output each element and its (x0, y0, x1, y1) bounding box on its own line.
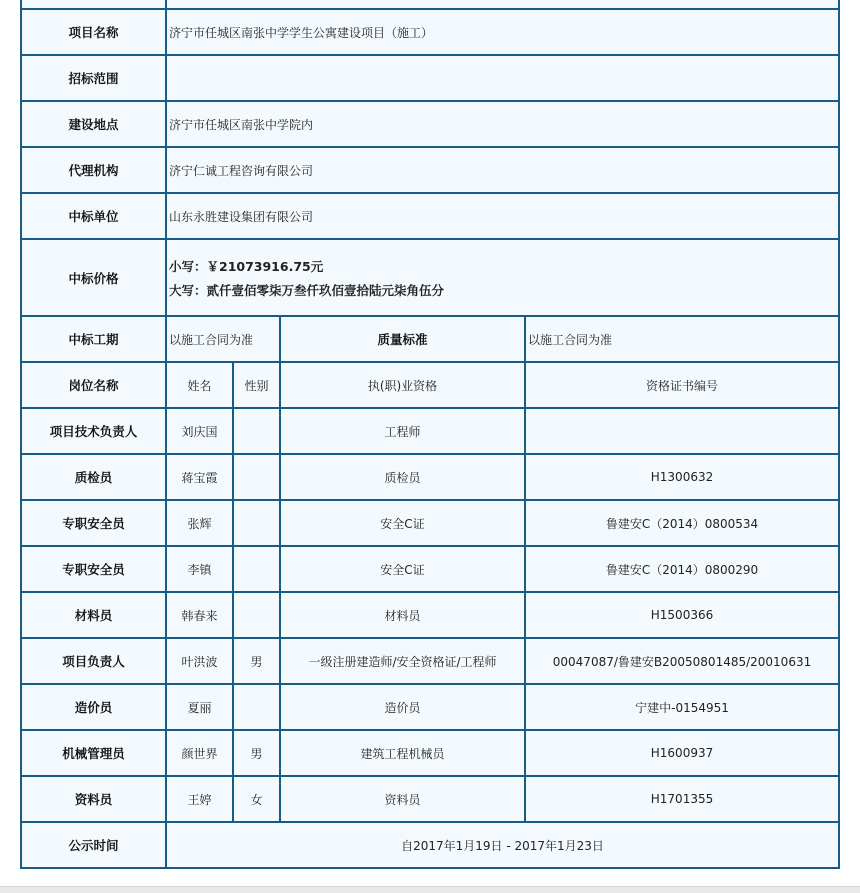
staff-gender: 男 (233, 638, 280, 684)
staff-position: 机械管理员 (21, 730, 166, 776)
label-project-name: 项目名称 (21, 9, 166, 55)
table-row-top-partial (21, 0, 839, 9)
header-position: 岗位名称 (21, 362, 166, 408)
value-agency: 济宁仁诚工程咨询有限公司 (166, 147, 839, 193)
value-period: 以施工合同为准 (166, 316, 280, 362)
staff-position: 资料员 (21, 776, 166, 822)
staff-qualification: 一级注册建造师/安全资格证/工程师 (280, 638, 525, 684)
staff-position: 材料员 (21, 592, 166, 638)
price-large: 大写：贰仟壹佰零柒万叁仟玖佰壹拾陆元柒角伍分 (169, 281, 836, 299)
staff-name: 蒋宝霞 (166, 454, 233, 500)
value-location: 济宁市任城区南张中学院内 (166, 101, 839, 147)
staff-cert-no: H1300632 (525, 454, 839, 500)
staff-row: 材料员 韩春来 材料员 H1500366 (21, 592, 839, 638)
value-project-name: 济宁市任城区南张中学学生公寓建设项目（施工） (166, 9, 839, 55)
staff-row: 专职安全员 李镇 安全C证 鲁建安C（2014）0800290 (21, 546, 839, 592)
staff-name: 王婷 (166, 776, 233, 822)
staff-name: 叶洪波 (166, 638, 233, 684)
staff-qualification: 材料员 (280, 592, 525, 638)
staff-position: 质检员 (21, 454, 166, 500)
row-winner: 中标单位 山东永胜建设集团有限公司 (21, 193, 839, 239)
header-cell (21, 0, 166, 9)
staff-row: 项目负责人 叶洪波 男 一级注册建造师/安全资格证/工程师 00047087/鲁… (21, 638, 839, 684)
header-value-cell (166, 0, 839, 9)
label-quality: 质量标准 (280, 316, 525, 362)
row-agency: 代理机构 济宁仁诚工程咨询有限公司 (21, 147, 839, 193)
label-period: 中标工期 (21, 316, 166, 362)
staff-gender (233, 500, 280, 546)
staff-header-row: 岗位名称 姓名 性别 执(职)业资格 资格证书编号 (21, 362, 839, 408)
header-gender: 性别 (233, 362, 280, 408)
staff-gender (233, 684, 280, 730)
staff-gender (233, 408, 280, 454)
staff-qualification: 造价员 (280, 684, 525, 730)
staff-cert-no: 鲁建安C（2014）0800534 (525, 500, 839, 546)
staff-name: 刘庆国 (166, 408, 233, 454)
staff-cert-no: 鲁建安C（2014）0800290 (525, 546, 839, 592)
value-quality: 以施工合同为准 (525, 316, 839, 362)
staff-cert-no (525, 408, 839, 454)
staff-row: 专职安全员 张辉 安全C证 鲁建安C（2014）0800534 (21, 500, 839, 546)
staff-position: 专职安全员 (21, 546, 166, 592)
staff-gender (233, 592, 280, 638)
row-period: 中标工期 以施工合同为准 质量标准 以施工合同为准 (21, 316, 839, 362)
staff-qualification: 工程师 (280, 408, 525, 454)
label-publicity: 公示时间 (21, 822, 166, 868)
staff-position: 项目负责人 (21, 638, 166, 684)
staff-name: 韩春来 (166, 592, 233, 638)
price-small: 小写：￥21073916.75元 (169, 257, 836, 275)
staff-position: 项目技术负责人 (21, 408, 166, 454)
horizontal-scrollbar[interactable] (0, 886, 860, 893)
row-publicity: 公示时间 自2017年1月19日 - 2017年1月23日 (21, 822, 839, 868)
staff-name: 夏丽 (166, 684, 233, 730)
staff-gender (233, 454, 280, 500)
staff-cert-no: H1701355 (525, 776, 839, 822)
value-bid-scope (166, 55, 839, 101)
staff-name: 李镇 (166, 546, 233, 592)
value-publicity: 自2017年1月19日 - 2017年1月23日 (166, 822, 839, 868)
row-bid-price: 中标价格 小写：￥21073916.75元 大写：贰仟壹佰零柒万叁仟玖佰壹拾陆元… (21, 239, 839, 316)
staff-row: 质检员 蒋宝霞 质检员 H1300632 (21, 454, 839, 500)
header-name: 姓名 (166, 362, 233, 408)
staff-cert-no: 00047087/鲁建安B20050801485/20010631 (525, 638, 839, 684)
label-winner: 中标单位 (21, 193, 166, 239)
staff-cert-no: H1500366 (525, 592, 839, 638)
label-bid-price: 中标价格 (21, 239, 166, 316)
row-bid-scope: 招标范围 (21, 55, 839, 101)
staff-qualification: 质检员 (280, 454, 525, 500)
row-location: 建设地点 济宁市任城区南张中学院内 (21, 101, 839, 147)
staff-qualification: 安全C证 (280, 500, 525, 546)
staff-row: 造价员 夏丽 造价员 宁建中-0154951 (21, 684, 839, 730)
label-bid-scope: 招标范围 (21, 55, 166, 101)
staff-gender (233, 546, 280, 592)
value-bid-price: 小写：￥21073916.75元 大写：贰仟壹佰零柒万叁仟玖佰壹拾陆元柒角伍分 (166, 239, 839, 316)
staff-cert-no: 宁建中-0154951 (525, 684, 839, 730)
staff-cert-no: H1600937 (525, 730, 839, 776)
staff-row: 机械管理员 颜世界 男 建筑工程机械员 H1600937 (21, 730, 839, 776)
header-cert-no: 资格证书编号 (525, 362, 839, 408)
staff-qualification: 资料员 (280, 776, 525, 822)
bid-result-table-container: 项目名称 济宁市任城区南张中学学生公寓建设项目（施工） 招标范围 建设地点 济宁… (20, 0, 838, 869)
staff-gender: 男 (233, 730, 280, 776)
staff-qualification: 安全C证 (280, 546, 525, 592)
staff-gender: 女 (233, 776, 280, 822)
label-agency: 代理机构 (21, 147, 166, 193)
value-winner: 山东永胜建设集团有限公司 (166, 193, 839, 239)
row-project-name: 项目名称 济宁市任城区南张中学学生公寓建设项目（施工） (21, 9, 839, 55)
staff-qualification: 建筑工程机械员 (280, 730, 525, 776)
staff-row: 项目技术负责人 刘庆国 工程师 (21, 408, 839, 454)
staff-row: 资料员 王婷 女 资料员 H1701355 (21, 776, 839, 822)
staff-position: 专职安全员 (21, 500, 166, 546)
label-location: 建设地点 (21, 101, 166, 147)
staff-position: 造价员 (21, 684, 166, 730)
bid-result-table: 项目名称 济宁市任城区南张中学学生公寓建设项目（施工） 招标范围 建设地点 济宁… (20, 0, 840, 869)
staff-name: 张辉 (166, 500, 233, 546)
header-qualification: 执(职)业资格 (280, 362, 525, 408)
staff-name: 颜世界 (166, 730, 233, 776)
